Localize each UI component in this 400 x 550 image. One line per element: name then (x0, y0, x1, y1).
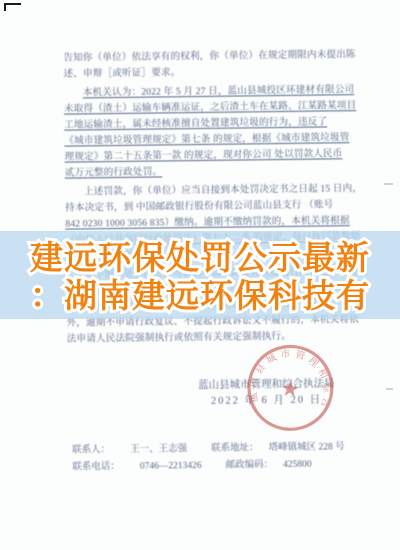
doc-line: 贰万元整的行政处罚。 (65, 162, 359, 182)
overlay-headline: 建远环保处罚公示最新 建远环保处罚公示最新 ：湖南建远环保科技有 ：湖南建远环保… (0, 239, 400, 315)
contact-phone-label: 联系电话： (72, 459, 120, 477)
contact-person-value: 王一、王志强 (130, 441, 187, 459)
seal-star-icon: ★ (279, 375, 301, 402)
headline-line-2: ：湖南建远环保科技有 ：湖南建远环保科技有 (0, 277, 400, 315)
contact-postcode-value: 425800 (283, 457, 312, 474)
contact-row: 联系电话： 0746—2213426 邮政编码： 425800 (72, 456, 358, 476)
contact-postcode-label: 邮政编码： (225, 457, 273, 475)
contact-address-value: 塔峰镇城区 228 号 (269, 439, 345, 457)
headline-text: ：湖南建远环保科技有 (0, 277, 400, 315)
contact-phone-value: 0746—2213426 (140, 458, 202, 476)
contact-row: 联系人： 王一、王志强 联系地址： 塔峰镇城区 228 号 (72, 439, 358, 459)
doc-line: 述、申辩［或听证］要求。 (63, 63, 357, 83)
contact-info-block: 联系人： 王一、王志强 联系地址： 塔峰镇城区 228 号 联系电话： 0746… (72, 439, 358, 476)
headline-text: 建远环保处罚公示最新 (0, 239, 400, 277)
contact-address-label: 联系地址： (211, 440, 259, 458)
headline-line-1: 建远环保处罚公示最新 建远环保处罚公示最新 (0, 239, 400, 277)
official-red-seal: 蓝山县城市管理和综合执法局 ★ (240, 338, 340, 438)
contact-person-label: 联系人： (72, 442, 110, 459)
scanned-document-page: 告知你（单位）依法享有的权利，你（单位）在规定期限内未提出陈 述、申辩［或听证］… (0, 0, 400, 550)
